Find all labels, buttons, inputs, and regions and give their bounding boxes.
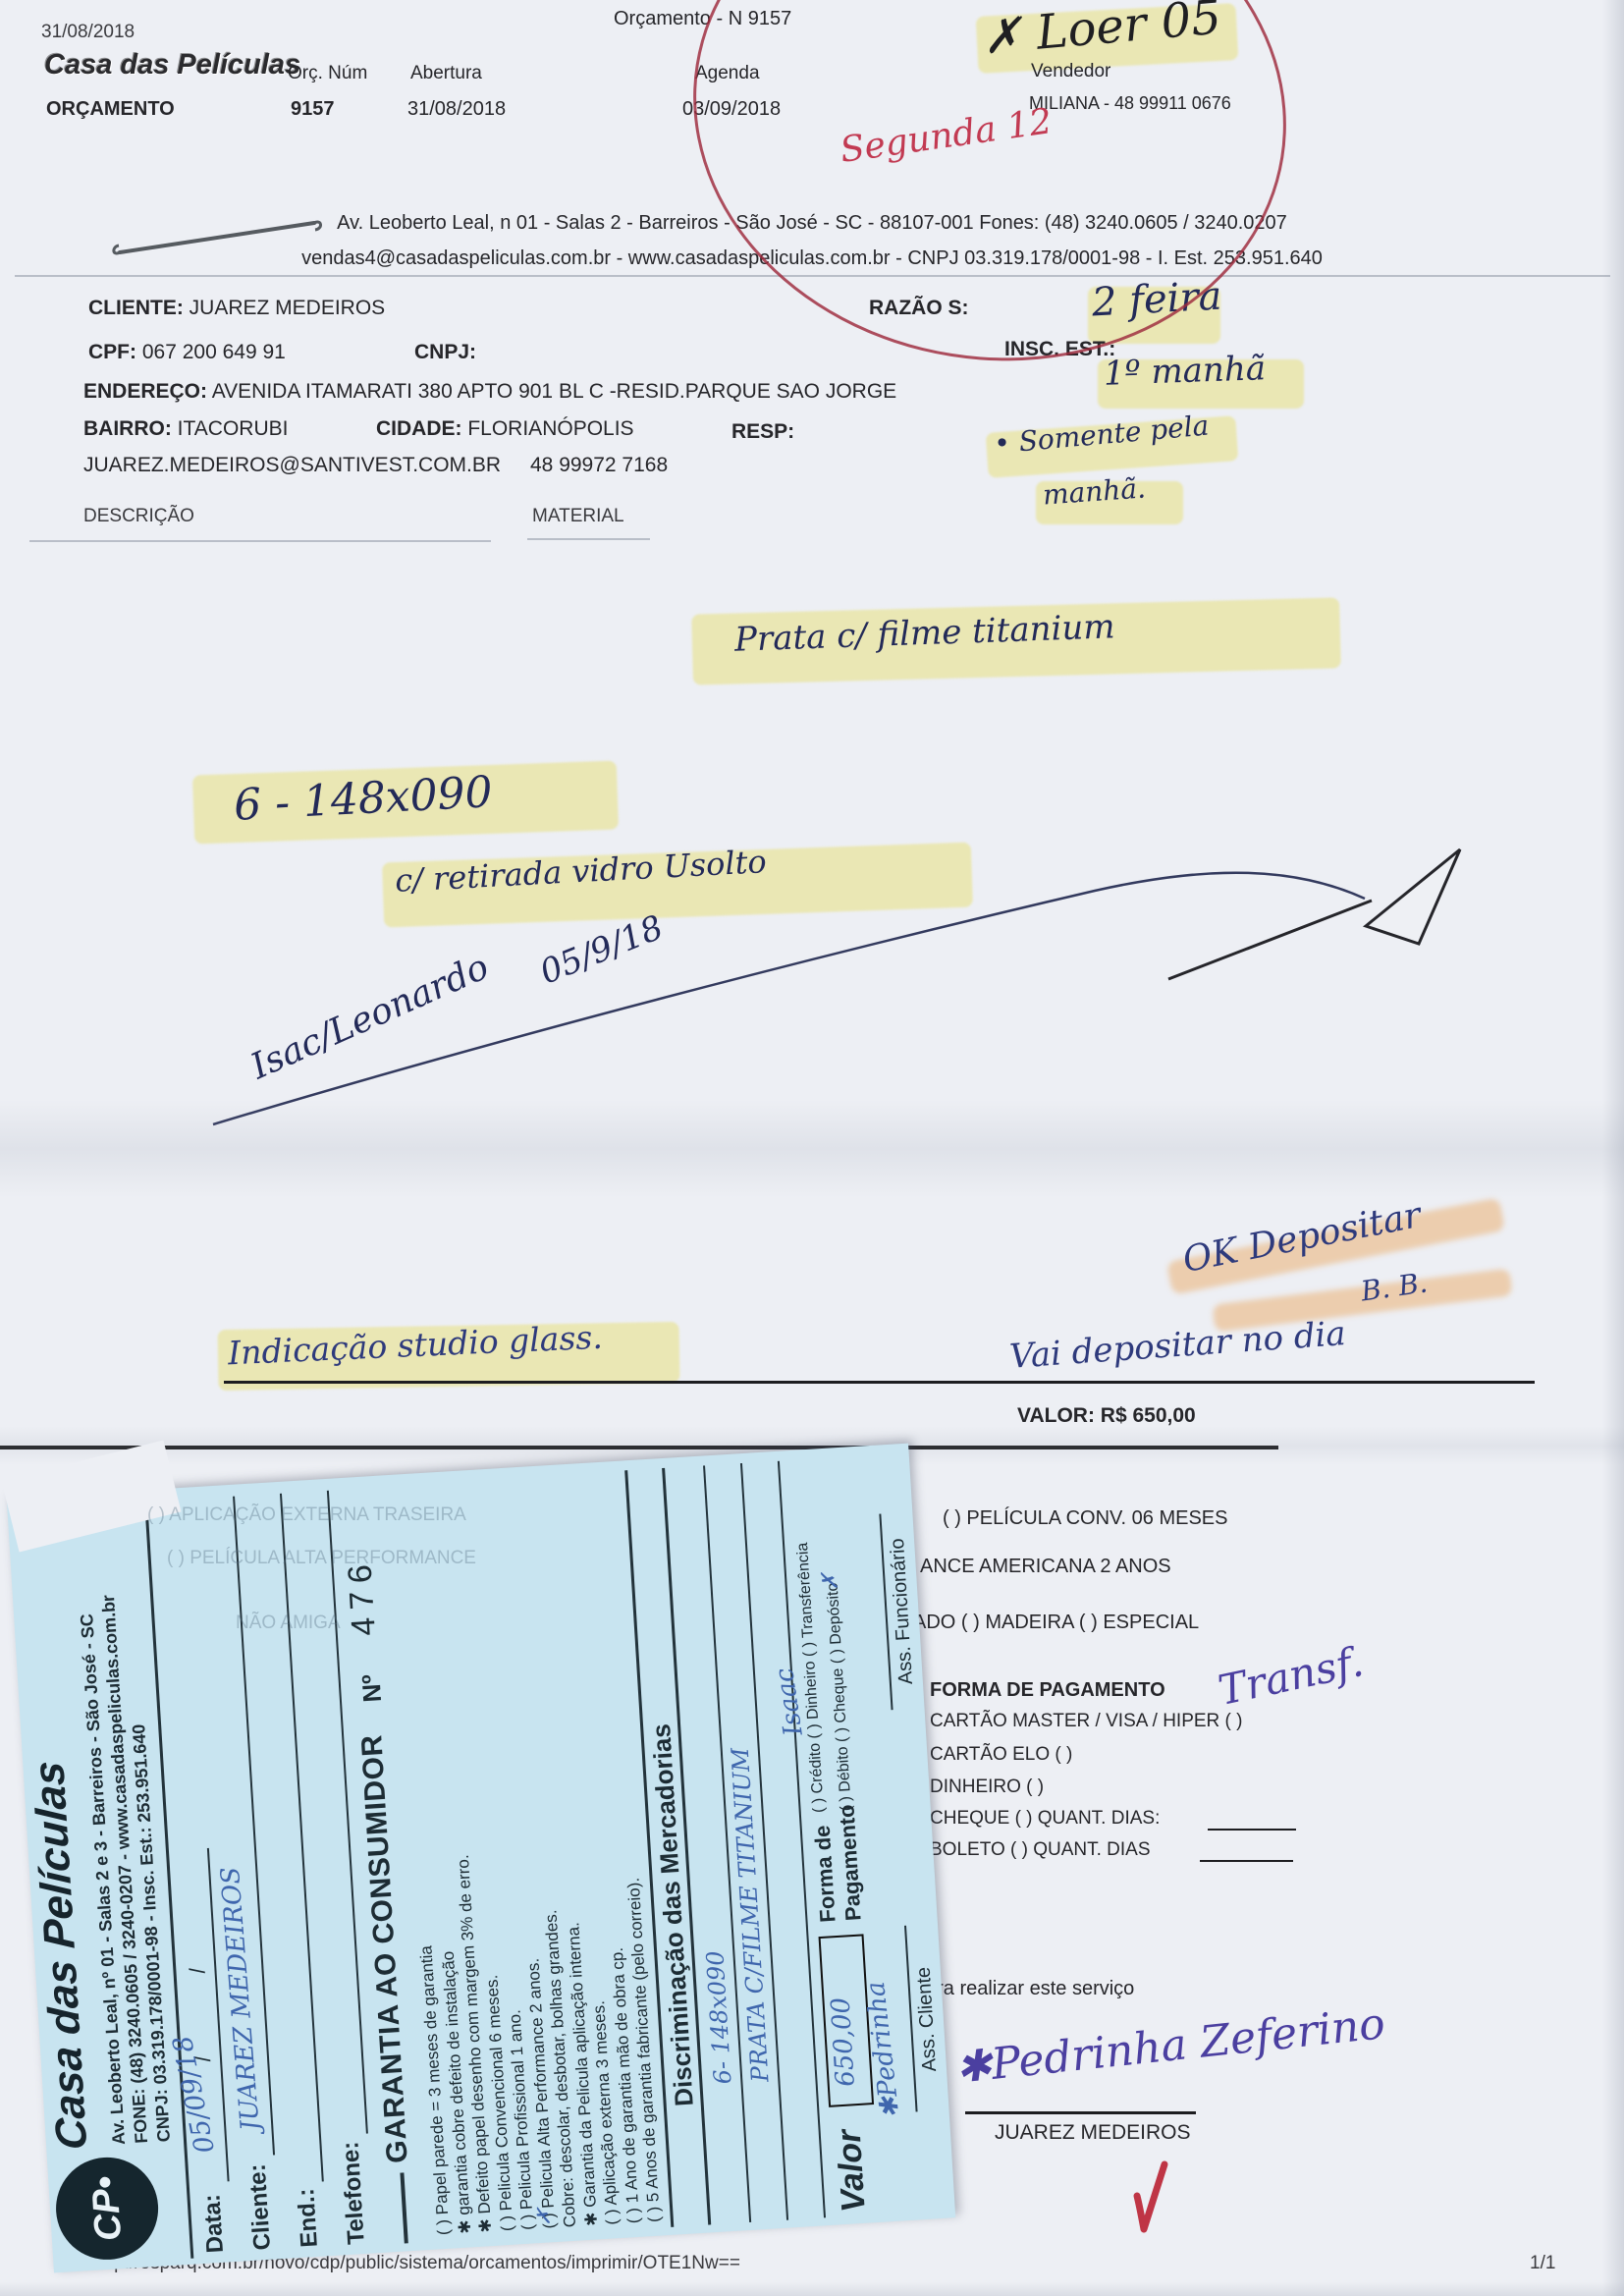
receipt-pay-row2: ( ) Débito ( ) Cheque ( ) Depósito: [825, 1582, 856, 1812]
receipt-warranty-list: ( ) Papel parede = 3 meses de garantia ✱…: [410, 1843, 666, 2235]
receipt-hw-valor: 650,00: [826, 1996, 860, 2088]
receipt-cliente-label: Cliente:: [244, 2163, 277, 2252]
receipt-hw-warranty-check: ✗: [531, 2208, 557, 2226]
signed-name: JUAREZ MEDEIROS: [995, 2121, 1191, 2145]
bairro-label: BAIRRO:: [83, 417, 172, 440]
receipt-hw-date: 05/09/18: [167, 2033, 221, 2156]
orc-num-label: Orç. Núm: [288, 63, 367, 84]
receipt-forma-label: Forma de Pagamento: [808, 1804, 866, 1924]
cnpj-label: CNPJ:: [414, 341, 476, 364]
endereco-value: AVENIDA ITAMARATI 380 APTO 901 BL C -RES…: [212, 380, 896, 403]
payment-row-0: CARTÃO MASTER / VISA / HIPER ( ): [930, 1711, 1242, 1732]
payment-row-2: DINHEIRO ( ): [930, 1777, 1044, 1798]
section-divider-thick: [0, 1446, 1278, 1449]
quant-dias-line-1: [1208, 1829, 1296, 1831]
ghost-line-0: ( ) APLICAÇÃO EXTERNA TRASEIRA: [147, 1504, 466, 1526]
receipt-hw-deposito-check: ✗: [818, 1572, 843, 1592]
staple-icon: [110, 211, 331, 265]
cliente-row: CLIENTE: JUAREZ MEDEIROS: [88, 297, 385, 320]
orc-num-value: 9157: [291, 98, 335, 121]
receipt-ass-cliente: Ass. Cliente: [913, 1966, 942, 2072]
receipt-data-label: Data:: [198, 2193, 230, 2254]
descricao-header: DESCRIÇÃO: [83, 506, 194, 527]
option-americana-partial: ANCE AMERICANA 2 ANOS: [920, 1556, 1171, 1578]
payment-row-1: CARTÃO ELO ( ): [930, 1744, 1072, 1766]
red-check-mark: [1127, 2159, 1181, 2239]
option-madeira-partial: ADO ( ) MADEIRA ( ) ESPECIAL: [913, 1612, 1199, 1634]
resp-label: RESP:: [731, 420, 794, 444]
receipt-date-slash-2: /: [185, 1967, 210, 1975]
cliente-label: CLIENTE:: [88, 297, 184, 319]
receipt-end-line: [280, 1494, 324, 2182]
payment-row-3: CHEQUE ( ) QUANT. DIAS:: [930, 1808, 1160, 1830]
cidade-row: CIDADE: FLORIANÓPOLIS: [376, 417, 634, 441]
cidade-value: FLORIANÓPOLIS: [467, 417, 633, 440]
swoosh-arrow-line: [182, 712, 1497, 1154]
red-circle-annotation: [657, 0, 1323, 403]
ghost-line-1: ( ) PELÍCULA ALTA PERFORMANCE: [167, 1548, 476, 1569]
forma-pagamento-header: FORMA DE PAGAMENTO: [930, 1679, 1165, 1702]
cpf-value: 067 200 649 91: [142, 341, 286, 363]
valor-value: R$ 650,00: [1101, 1404, 1196, 1427]
cliente-value: JUAREZ MEDEIROS: [189, 297, 386, 319]
warranty-receipt: CP• Casa das Películas Av. Leoberto Leal…: [7, 1444, 956, 2273]
referral-rule-line: [224, 1381, 1535, 1384]
option-pelicula-conv: ( ) PELÍCULA CONV. 06 MESES: [943, 1507, 1227, 1530]
scan-edge-shadow-right: [1602, 0, 1624, 2296]
endereco-row: ENDEREÇO: AVENIDA ITAMARATI 380 APTO 901…: [83, 380, 896, 404]
scan-edge-shadow-bottom: [0, 2282, 1624, 2296]
signature-line: [965, 2111, 1196, 2114]
hw-client-signature: ✱Pedrinha Zeferino: [953, 1998, 1388, 2094]
endereco-label: ENDEREÇO:: [83, 380, 207, 403]
valor-label: VALOR:: [1017, 1404, 1095, 1427]
bairro-row: BAIRRO: ITACORUBI: [83, 417, 288, 441]
receipt-valor-label: Valor: [831, 2129, 874, 2214]
cpf-row: CPF: 067 200 649 91: [88, 341, 286, 364]
material-underline: [527, 538, 650, 540]
hw-transf: Transf.: [1215, 1637, 1368, 1715]
receipt-ass-funcionario: Ass. Funcionário: [887, 1538, 918, 1685]
receipt-end-label: End.:: [293, 2188, 324, 2249]
material-header: MATERIAL: [532, 506, 624, 527]
client-phone: 48 99972 7168: [530, 454, 668, 477]
receipt-brand: Casa das Películas: [25, 1760, 97, 2151]
cidade-label: CIDADE:: [376, 417, 462, 440]
client-email: JUAREZ.MEDEIROS@SANTIVEST.COM.BR: [83, 454, 501, 477]
scanned-orcamento-document: 31/08/2018 Casa das Películas ORÇAMENTO …: [0, 0, 1624, 2296]
company-logo: Casa das Películas: [44, 49, 300, 82]
hw-period: 1º manhã: [1103, 349, 1266, 394]
servico-text-partial: ara realizar este serviço: [926, 1978, 1134, 2000]
scan-date: 31/08/2018: [41, 22, 135, 43]
footer-page-number: 1/1: [1530, 2253, 1555, 2274]
quant-dias-line-2: [1200, 1860, 1293, 1862]
doc-type-title: ORÇAMENTO: [46, 98, 175, 121]
receipt-hw-item1: 6- 148x090: [701, 1950, 736, 2086]
descricao-underline: [29, 540, 491, 542]
receipt-cp-logo: CP•: [53, 2155, 161, 2263]
payment-row-4: BOLETO ( ) QUANT. DIAS: [930, 1839, 1151, 1861]
ghost-line-2: NÃO AMIGA: [236, 1613, 341, 1634]
abertura-value: 31/08/2018: [407, 98, 506, 121]
abertura-label: Abertura: [410, 63, 482, 84]
receipt-garantia-dash: [400, 2172, 407, 2243]
valor-row: VALOR: R$ 650,00: [1017, 1404, 1196, 1428]
receipt-telefone-label: Telefone:: [337, 2141, 370, 2245]
bairro-value: ITACORUBI: [178, 417, 289, 440]
cpf-label: CPF:: [88, 341, 136, 363]
hw-deposit-note: Vai depositar no dia: [1008, 1314, 1347, 1377]
receipt-no-label: Nº: [355, 1673, 388, 1703]
